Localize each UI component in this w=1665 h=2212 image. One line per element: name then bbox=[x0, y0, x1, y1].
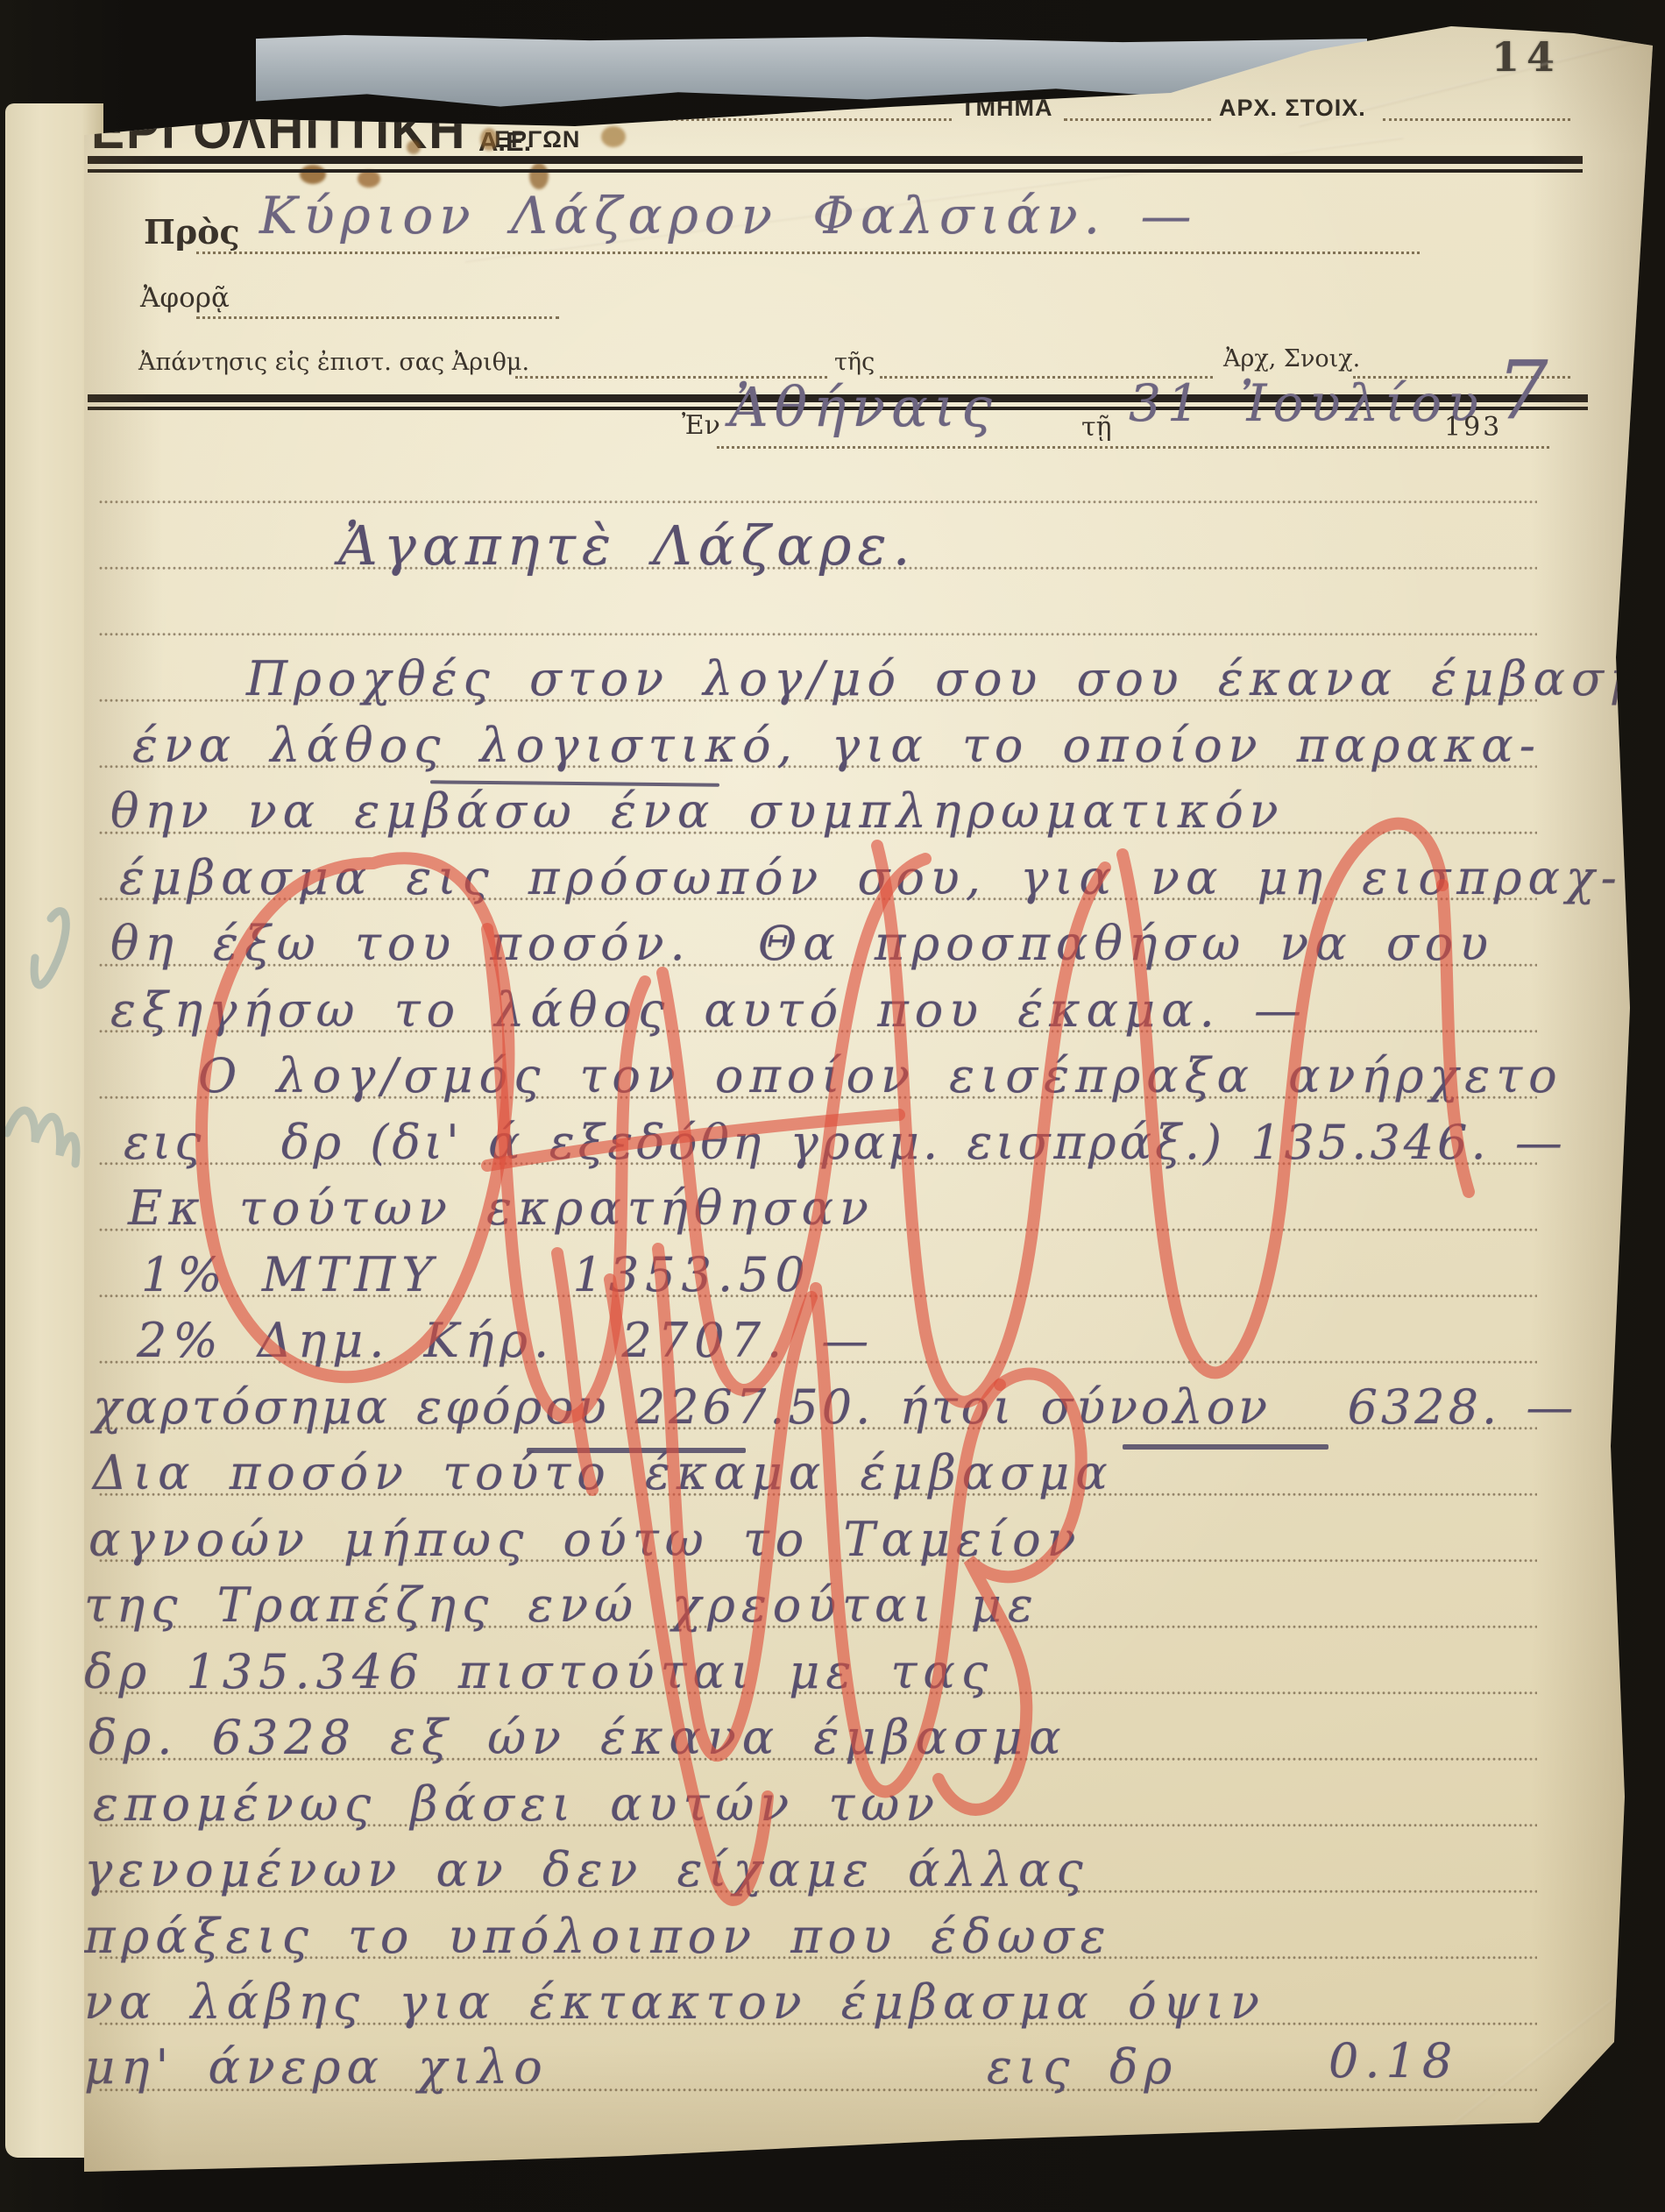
ink-stain bbox=[480, 128, 498, 151]
handwritten-line: Ο λογ/σμός τον οποίον εισέπραξα ανήρχετο bbox=[198, 1048, 1563, 1103]
rule-thin bbox=[88, 169, 1583, 173]
letterhead-department-label: ΤΜΗΜΑ bbox=[960, 95, 1052, 122]
form-dotted-line bbox=[717, 445, 1549, 449]
letter-scan: 14 ΕΡΓΟΛΗΠΤΙΚΗ Α.Ε. ΓΡΑΦΕΙΟΝ ΕΡΓΩΝ ΤΜΗΜΑ… bbox=[0, 0, 1665, 2212]
handwritten-line: δρ 135.346 πιστούται με τας bbox=[84, 1644, 994, 1699]
handwritten-line: 2% Δημ. Κήρ. 2707. — bbox=[137, 1313, 875, 1368]
handwritten-line: Προχθές στον λογ/μό σου σου έκανα έμβασμ… bbox=[246, 651, 1656, 706]
form-regarding-label: Ἀφορᾷ bbox=[140, 282, 230, 314]
letter-sheet: 14 ΕΡΓΟΛΗΠΤΙΚΗ Α.Ε. ΓΡΑΦΕΙΟΝ ΕΡΓΩΝ ΤΜΗΜΑ… bbox=[84, 26, 1656, 2173]
bottom-corner-crease bbox=[1424, 1939, 1656, 2146]
handwritten-line: έμβασμα εις πρόσωπόν σου, για να μη εισπ… bbox=[119, 850, 1623, 905]
handwritten-line: εξηγήσω το λάθος αυτό που έκαμα. — bbox=[110, 982, 1307, 1038]
handwritten-line: της Τραπέζης ενώ χρεούται με bbox=[84, 1577, 1039, 1633]
handwritten-addressee: Κύριον Λάζαρον Φαλσιάν. — bbox=[259, 186, 1198, 245]
handwritten-year-digit: 7 bbox=[1497, 344, 1555, 437]
letterhead-fileref-label: ΑΡΧ. ΣΤΟΙΧ. bbox=[1219, 95, 1366, 122]
handwritten-line: Δια ποσόν τούτο έκαμα έμβασμα bbox=[93, 1445, 1114, 1500]
handwritten-line-fragment: 0.18 bbox=[1328, 2033, 1458, 2088]
handwritten-line: να λάβης για έκτακτον έμβασμα όψιν bbox=[84, 1974, 1265, 2030]
form-arch-label: Ἀρχ, Σνοιχ. bbox=[1223, 345, 1360, 372]
ink-underline bbox=[1123, 1444, 1328, 1450]
handwritten-date: 31 Ἰουλίου bbox=[1129, 373, 1484, 433]
handwritten-line: επομένως βάσει αυτών των bbox=[93, 1776, 940, 1832]
letterhead-dotted-line bbox=[1383, 117, 1570, 121]
handwritten-place: Ἀθήναις bbox=[729, 375, 998, 439]
form-dotted-line bbox=[196, 315, 559, 319]
handwritten-line: θην να εμβάσω ένα συμπληρωματικόν bbox=[110, 783, 1285, 839]
letterhead-dotted-line bbox=[1064, 117, 1211, 121]
page-number-stamp: 14 bbox=[1491, 33, 1562, 81]
handwritten-line-fragment: μη' άνερα χιλο bbox=[84, 2039, 549, 2095]
handwritten-line: γενομένων αν δεν είχαμε άλλας bbox=[84, 1842, 1089, 1897]
form-to-label: Πρὸς bbox=[144, 212, 240, 252]
handwritten-line: θη έξω του ποσόν. Θα προσπαθήσω να σου bbox=[110, 916, 1494, 971]
handwritten-line-fragment: εις bbox=[987, 2039, 1075, 2095]
printed-year: 193 bbox=[1444, 412, 1502, 443]
date-day-label: τῇ bbox=[1081, 412, 1112, 443]
handwritten-line: δρ. 6328 εξ ών έκανα έμβασμα bbox=[89, 1710, 1067, 1765]
letterhead-dotted-line bbox=[617, 117, 952, 121]
handwritten-line: 1% ΜΤΠΥ 1353.50 bbox=[141, 1247, 811, 1302]
handwritten-line: αγνοών μήπως ούτω το Ταμείον bbox=[89, 1512, 1082, 1567]
handwritten-line: Εκ τούτων εκρατήθησαν bbox=[128, 1180, 875, 1236]
date-place-label: Ἐν bbox=[682, 410, 720, 441]
handwritten-salutation: Ἀγαπητὲ Λάζαρε. bbox=[338, 514, 916, 578]
rule-thick bbox=[88, 156, 1583, 164]
handwritten-line: χαρτόσημα εφόρου 2267.50. ήτοι σύνολον 6… bbox=[93, 1379, 1576, 1435]
form-dotted-line bbox=[196, 251, 1420, 254]
form-reply-label: Ἀπάντησις εἰς ἐπιστ. σας Ἀριθμ. bbox=[138, 349, 529, 376]
paper-hole bbox=[601, 126, 626, 147]
ink-stain bbox=[300, 165, 326, 184]
ink-stain bbox=[407, 140, 421, 154]
handwritten-line-fragment: δρ bbox=[1109, 2039, 1178, 2095]
handwritten-line: εις δρ (δι' ά εξεδόθη γραμ. εισπράξ.) 13… bbox=[124, 1115, 1566, 1170]
handwritten-line: πράξεις το υπόλοιπον που έδωσε bbox=[84, 1909, 1112, 1964]
form-of-label: τῆς bbox=[834, 349, 875, 376]
handwritten-line: ένα λάθος λογιστικό, για το οποίον παρακ… bbox=[132, 718, 1541, 773]
letterhead-office-line2: ΕΡΓΩΝ bbox=[494, 126, 580, 153]
ink-stain bbox=[358, 170, 380, 188]
